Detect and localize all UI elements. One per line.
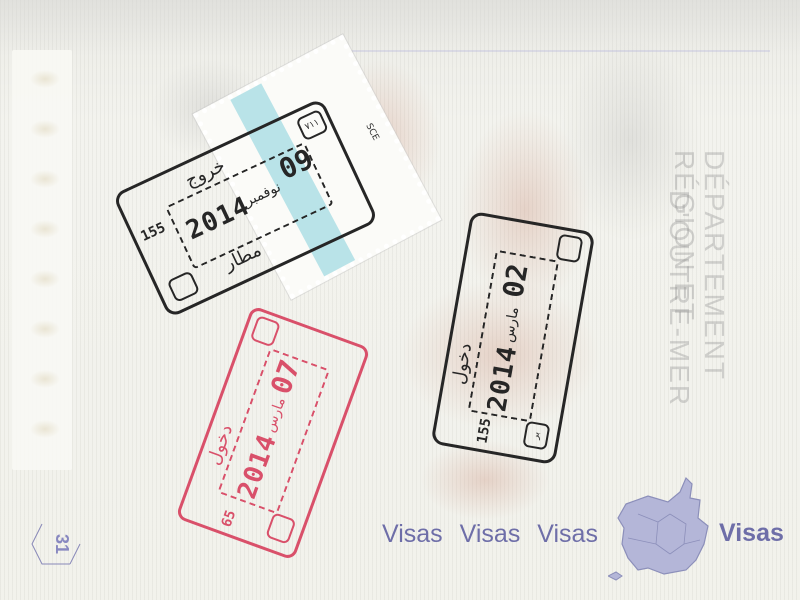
passport-page: RÉGION ET DÉPARTEMENT D'OUTRE-MER SCE 15… (0, 0, 800, 600)
stamp-hex-icon (250, 315, 281, 348)
visas-labels: Visas Visas Visas (382, 520, 608, 549)
strip-mark (30, 370, 60, 388)
visas-label-bold: Visas (719, 519, 784, 548)
stamp-hex-icon: ٧١١ (295, 109, 329, 142)
watermark-line: D'OUTRE-MER (663, 190, 695, 407)
strip-mark (30, 120, 60, 138)
strip-mark (30, 220, 60, 238)
strip-mark (30, 170, 60, 188)
strip-mark (30, 420, 60, 438)
page-number: 31 (52, 534, 72, 554)
strip-mark (30, 70, 60, 88)
territory-map-icon (608, 474, 718, 584)
stamp-number: 65 (219, 508, 240, 529)
page-number-badge: 31 (30, 522, 90, 582)
watermark-line: DÉPARTEMENT (698, 150, 730, 381)
visas-label: Visas (460, 520, 521, 548)
visas-label: Visas (537, 520, 598, 548)
stamp-hex-icon (167, 270, 201, 303)
stamp-hex-icon: بر (522, 421, 550, 451)
stamp-arabic-top: دخول (448, 342, 476, 387)
stamp-number: 155 (138, 220, 168, 245)
strip-mark (30, 320, 60, 338)
visas-label: Visas (382, 520, 443, 548)
security-print-line (330, 50, 770, 52)
stamp-day: 02 (496, 261, 534, 300)
stamp-hex-icon (555, 234, 583, 264)
top-shadow-band (0, 0, 800, 55)
laminate-strip (12, 50, 72, 470)
strip-mark (30, 270, 60, 288)
revenue-stamp-text: SCE (364, 122, 381, 142)
entry-stamp: 155 2014 مارس 02 دخول بر (430, 211, 595, 465)
red-entry-stamp: 65 2014 مارس 07 دخول (175, 305, 371, 560)
stamp-hex-icon (265, 512, 296, 545)
stamp-number: 155 (474, 417, 494, 445)
